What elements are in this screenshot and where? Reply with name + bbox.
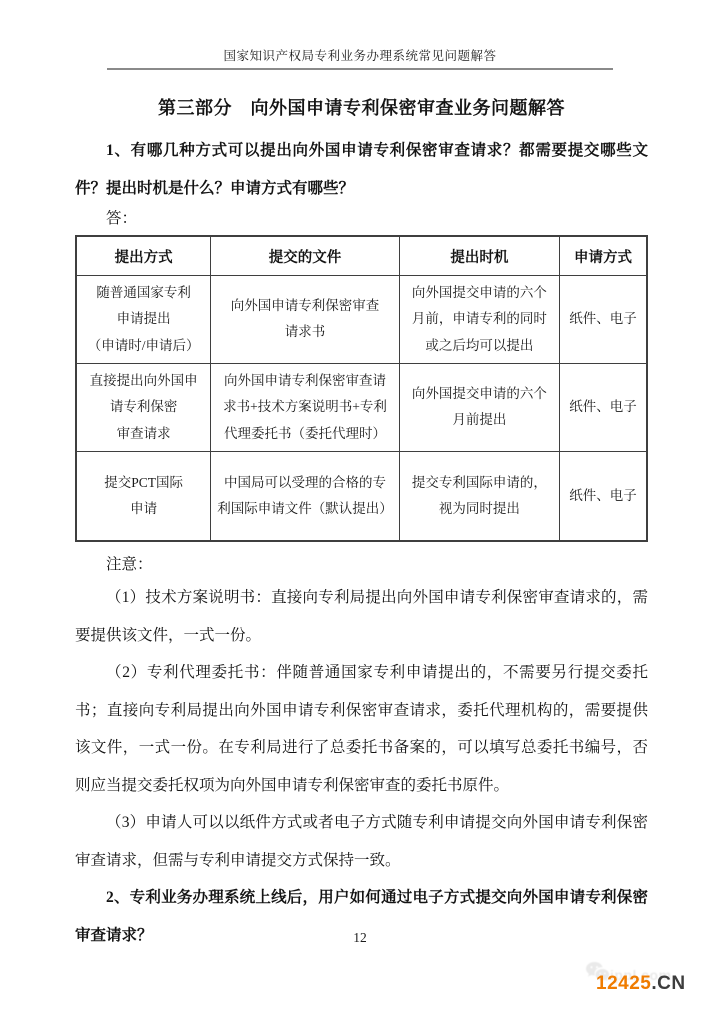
- note-item-3: （3）申请人可以以纸件方式或者电子方式随专利申请提交向外国申请专利保密审查请求，…: [75, 804, 648, 879]
- header-divider: [107, 68, 613, 70]
- table-cell: 直接提出向外国申 请专利保密 审查请求: [76, 363, 211, 451]
- watermark-brand: 12425.CN: [596, 973, 686, 995]
- table-cell: 向外国申请专利保密审查请 求书+技术方案说明书+专利 代理委托书（委托代理时）: [211, 363, 399, 451]
- table-cell: 向外国申请专利保密审查 请求书: [211, 276, 399, 364]
- page-content: 第三部分 向外国申请专利保密审查业务问题解答 1、有哪几种方式可以提出向外国申请…: [75, 84, 648, 954]
- question-1: 1、有哪几种方式可以提出向外国申请专利保密审查请求？都需要提交哪些文件？提出时机…: [75, 132, 648, 207]
- page-number: 12: [0, 930, 720, 946]
- table-row: 随普通国家专利 申请提出 （申请时/申请后） 向外国申请专利保密审查 请求书 向…: [76, 276, 647, 364]
- watermark-brand-number: 12425: [596, 973, 651, 994]
- answer-label: 答：: [75, 207, 648, 231]
- table-row: 直接提出向外国申 请专利保密 审查请求 向外国申请专利保密审查请 求书+技术方案…: [76, 363, 647, 451]
- site-watermark: ippl.com 12425.CN: [584, 960, 716, 1004]
- table-cell: 纸件、电子: [560, 363, 647, 451]
- col-header-documents: 提交的文件: [211, 236, 399, 276]
- table-cell: 随普通国家专利 申请提出 （申请时/申请后）: [76, 276, 211, 364]
- table-cell: 向外国提交申请的六个 月前，申请专利的同时 或之后均可以提出: [399, 276, 559, 364]
- running-header: 国家知识产权局专利业务办理系统常见问题解答: [0, 46, 720, 64]
- col-header-submission-method: 提出方式: [76, 236, 211, 276]
- table-cell: 提交PCT国际 申请: [76, 451, 211, 541]
- table-cell: 纸件、电子: [560, 276, 647, 364]
- secrecy-review-table: 提出方式 提交的文件 提出时机 申请方式 随普通国家专利 申请提出 （申请时/申…: [75, 235, 648, 542]
- table-cell: 纸件、电子: [560, 451, 647, 541]
- note-item-2: （2）专利代理委托书：伴随普通国家专利申请提出的，不需要另行提交委托书；直接向专…: [75, 654, 648, 804]
- table-cell: 提交专利国际申请的， 视为同时提出: [399, 451, 559, 541]
- document-page: 国家知识产权局专利业务办理系统常见问题解答 第三部分 向外国申请专利保密审查业务…: [0, 0, 720, 1018]
- col-header-application-mode: 申请方式: [560, 236, 647, 276]
- notes-label: 注意：: [75, 550, 648, 579]
- table-header-row: 提出方式 提交的文件 提出时机 申请方式: [76, 236, 647, 276]
- table-row: 提交PCT国际 申请 中国局可以受理的合格的专 利国际申请文件（默认提出） 提交…: [76, 451, 647, 541]
- section-title: 第三部分 向外国申请专利保密审查业务问题解答: [75, 94, 648, 120]
- watermark-brand-suffix: .CN: [651, 973, 685, 994]
- col-header-timing: 提出时机: [399, 236, 559, 276]
- table-cell: 中国局可以受理的合格的专 利国际申请文件（默认提出）: [211, 451, 399, 541]
- table-cell: 向外国提交申请的六个 月前提出: [399, 363, 559, 451]
- note-item-1: （1）技术方案说明书：直接向专利局提出向外国申请专利保密审查请求的，需要提供该文…: [75, 579, 648, 654]
